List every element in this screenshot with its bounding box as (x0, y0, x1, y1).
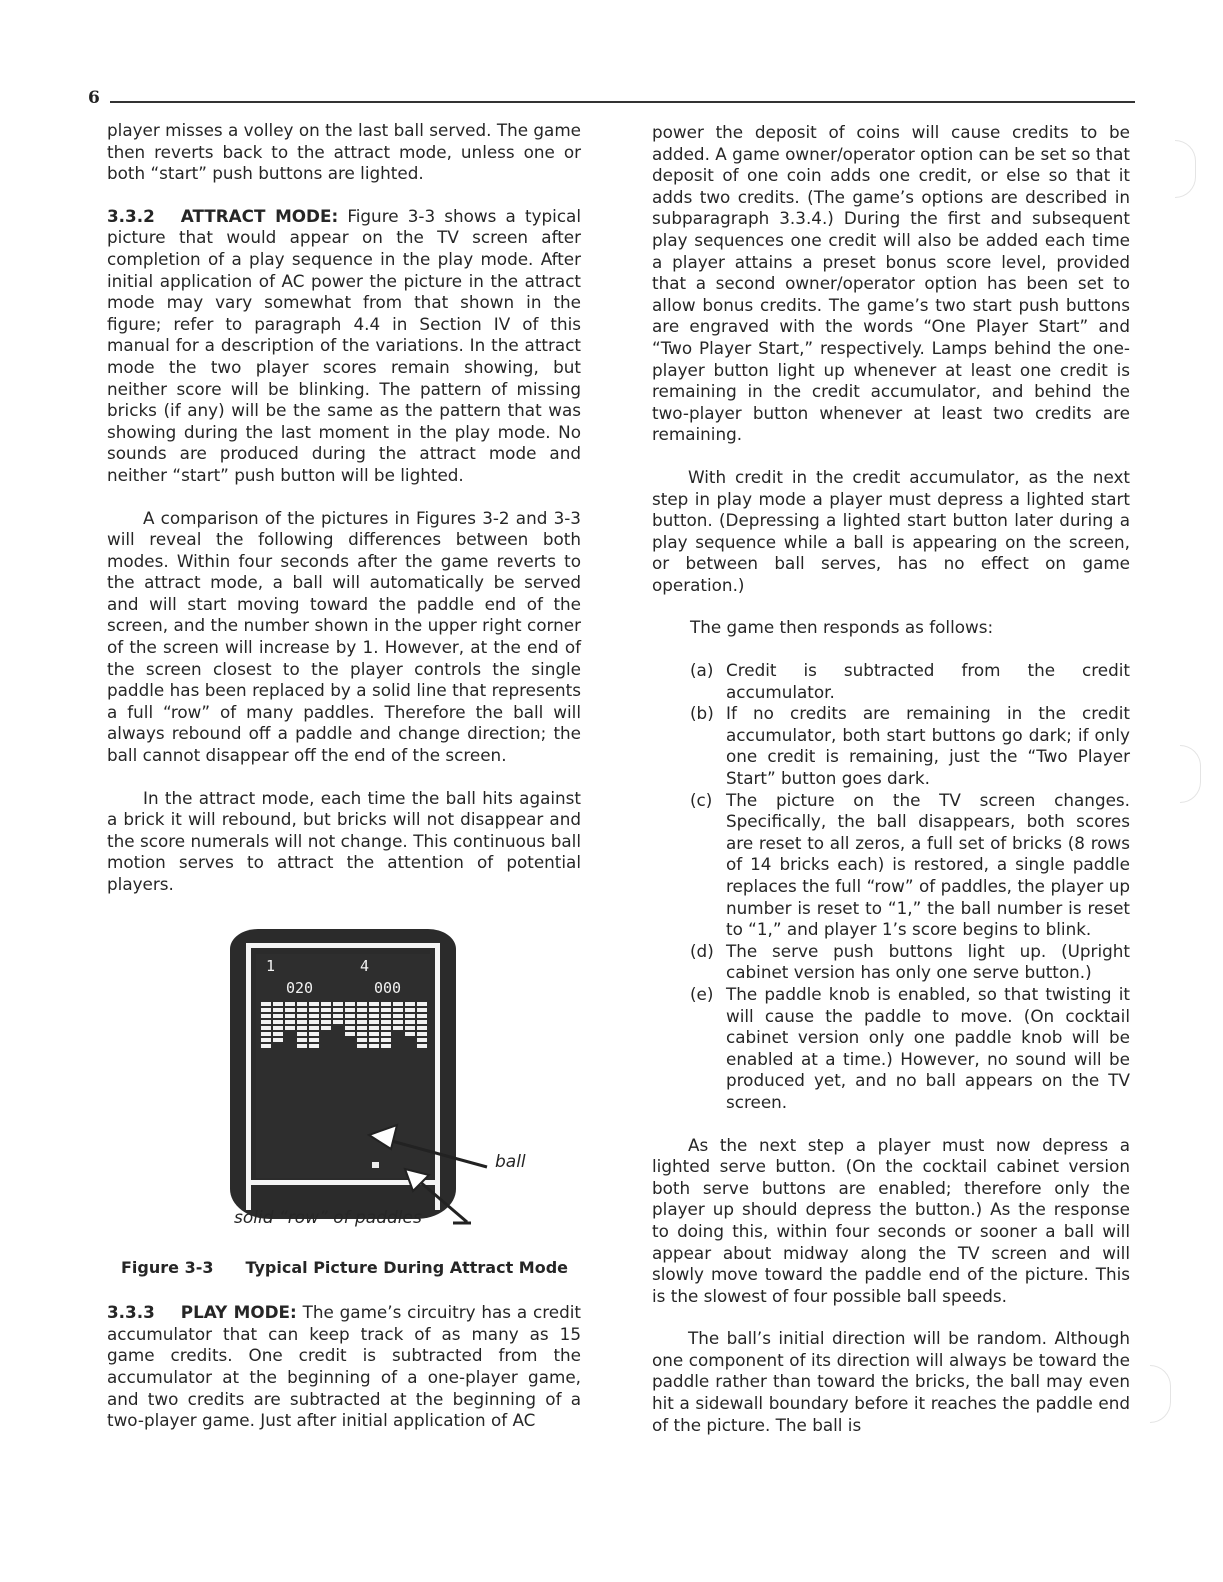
section-3-3-3: 3.3.3PLAY MODE: The game’s circuitry has… (107, 1302, 581, 1432)
header-rule (110, 101, 1135, 103)
right-column: power the deposit of coins will cause cr… (652, 122, 1130, 1457)
list-text: If no credits are remaining in the credi… (726, 703, 1130, 789)
list-item: (c)The picture on the TV screen changes.… (652, 790, 1130, 941)
section-body: Figure 3-3 shows a typical picture that … (107, 206, 581, 485)
ball-label: ball (495, 1152, 526, 1174)
list-item: (a)Credit is subtracted from the credit … (652, 660, 1130, 703)
section-body: The game’s circuitry has a credit accumu… (107, 1302, 581, 1430)
list-label: (b) (652, 703, 726, 789)
paddle-row-label: solid “row” of paddles (234, 1208, 422, 1230)
list-text: The paddle knob is enabled, so that twis… (726, 984, 1130, 1114)
paragraph: A comparison of the pictures in Figures … (107, 508, 581, 767)
binder-hole-mark (1180, 745, 1201, 803)
list-text: The serve push buttons light up. (Uprigh… (726, 941, 1130, 984)
figure-caption: Figure 3-3Typical Picture During Attract… (121, 1257, 581, 1279)
figure-3-3: 1 4 020 000 ball solid “row” of paddles (107, 917, 581, 1247)
paragraph: In the attract mode, each time the ball … (107, 788, 581, 896)
left-column: player misses a volley on the last ball … (107, 120, 581, 1453)
figure-number: Figure 3-3 (121, 1258, 213, 1277)
section-number: 3.3.3 (107, 1302, 155, 1322)
binder-hole-mark (1150, 1365, 1171, 1423)
figure-title: Typical Picture During Attract Mode (245, 1258, 568, 1277)
list-text: Credit is subtracted from the credit acc… (726, 660, 1130, 703)
list-text: The picture on the TV screen changes. Sp… (726, 790, 1130, 941)
section-number: 3.3.2 (107, 206, 155, 226)
paragraph: As the next step a player must now depre… (652, 1135, 1130, 1308)
paragraph: player misses a volley on the last ball … (107, 120, 581, 185)
paragraph: With credit in the credit accumulator, a… (652, 467, 1130, 597)
paragraph: The game then responds as follows: (652, 617, 1130, 639)
list-label: (e) (652, 984, 726, 1114)
section-3-3-2: 3.3.2ATTRACT MODE: Figure 3-3 shows a ty… (107, 206, 581, 487)
page-number: 6 (88, 88, 100, 108)
binder-hole-mark (1175, 140, 1196, 198)
section-title: ATTRACT MODE: (181, 206, 338, 226)
callout-arrows (107, 917, 581, 1247)
list-item: (b)If no credits are remaining in the cr… (652, 703, 1130, 789)
list-label: (c) (652, 790, 726, 941)
paragraph: The ball’s initial direction will be ran… (652, 1328, 1130, 1436)
section-title: PLAY MODE: (181, 1302, 297, 1322)
list-label: (d) (652, 941, 726, 984)
list-item: (d)The serve push buttons light up. (Upr… (652, 941, 1130, 984)
list-item: (e)The paddle knob is enabled, so that t… (652, 984, 1130, 1114)
response-list: (a)Credit is subtracted from the credit … (652, 660, 1130, 1113)
paragraph: power the deposit of coins will cause cr… (652, 122, 1130, 446)
list-label: (a) (652, 660, 726, 703)
